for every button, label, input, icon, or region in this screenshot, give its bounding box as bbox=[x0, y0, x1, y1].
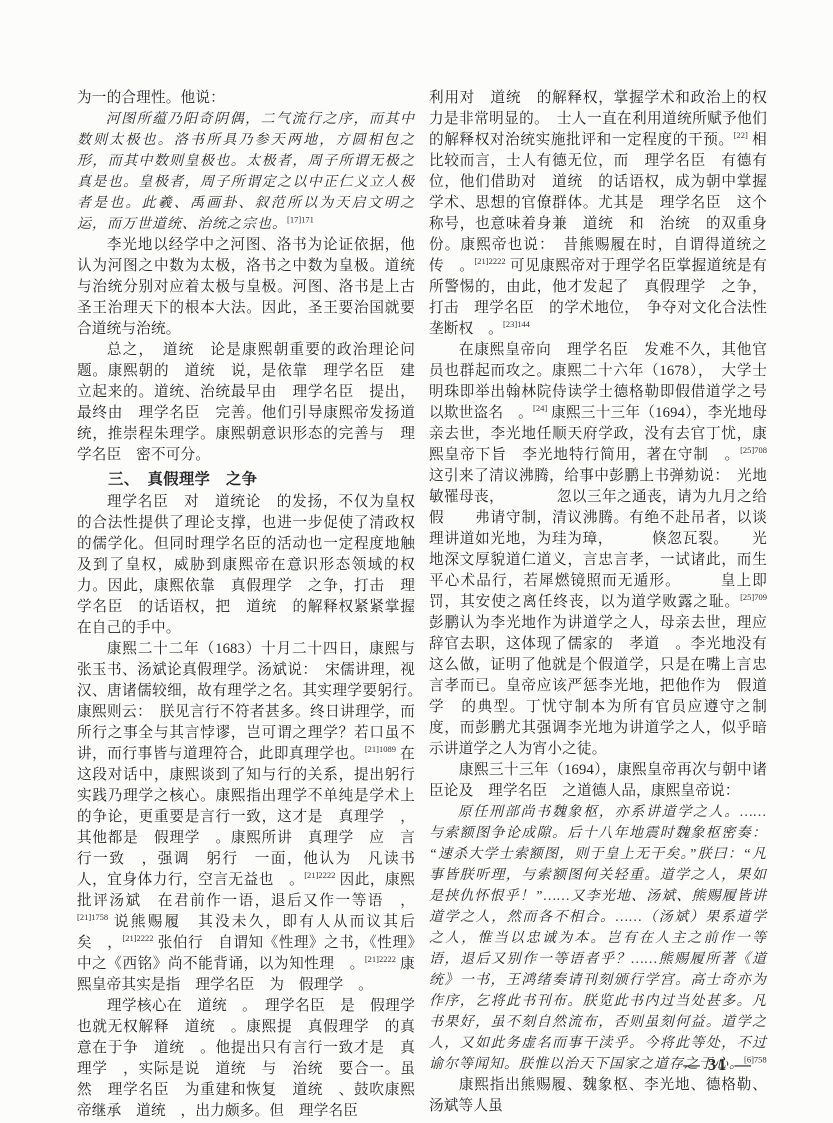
document-page: 为一的合理性。他说：河图所蕴乃阳奇阴偶，二气流行之序，而其中数则太极也。洛书所具… bbox=[0, 0, 833, 1123]
citation-superscript: [21]2222 bbox=[365, 954, 396, 964]
citation-superscript: [25]709 bbox=[740, 592, 767, 602]
citation-superscript: [25]708 bbox=[740, 445, 767, 455]
text-columns: 为一的合理性。他说：河图所蕴乃阳奇阴偶，二气流行之序，而其中数则太极也。洛书所具… bbox=[77, 88, 767, 1122]
citation-superscript: [21]2222 bbox=[122, 933, 153, 943]
body-paragraph: 总之， 道统 论是康熙朝重要的政治理论问题。康熙朝的 道统 说，是依靠 理学名臣… bbox=[77, 340, 415, 466]
block-quote: 原任刑部尚书魏象枢，亦系讲道学之人。……与索额图争论成隙。后十八年地震时魏象枢密… bbox=[429, 802, 767, 1075]
body-paragraph: 利用对 道统 的解释权，掌握学术和政治上的权力是非常明显的。 士人一直在利用道统… bbox=[429, 88, 767, 340]
body-paragraph: 理学核心在 道统 。 理学名臣 是 假理学 也就无权解释 道统 。康熙提 真假理… bbox=[77, 996, 415, 1122]
body-paragraph: 康熙指出熊赐履、魏象枢、李光地、德格勒、汤斌等人虽 bbox=[429, 1075, 767, 1117]
citation-superscript: [17]171 bbox=[287, 214, 314, 224]
citation-superscript: [21]2222 bbox=[474, 256, 505, 266]
body-paragraph: 康熙二十二年（1683）十月二十四日，康熙与张玉书、汤斌论真假理学。汤斌说： 宋… bbox=[77, 639, 415, 996]
body-paragraph: 在康熙皇帝向 理学名臣 发难不久，其他官员也群起而攻之。康熙二十六年（1678）… bbox=[429, 340, 767, 760]
citation-superscript: [21]2222 bbox=[304, 870, 335, 880]
citation-superscript: [21]1758 bbox=[77, 912, 108, 922]
citation-superscript: [24] bbox=[533, 403, 547, 413]
body-paragraph: 康熙三十三年（1694），康熙皇帝再次与朝中诸臣论及 理学名臣 之道德人品，康熙… bbox=[429, 760, 767, 802]
page-number: — 31 — bbox=[683, 1055, 753, 1075]
block-quote: 河图所蕴乃阳奇阴偶，二气流行之序，而其中数则太极也。洛书所具乃参天两地，方圆相包… bbox=[77, 109, 415, 235]
body-paragraph: 为一的合理性。他说： bbox=[77, 88, 415, 109]
citation-superscript: [22] bbox=[734, 130, 748, 140]
citation-superscript: [23]144 bbox=[503, 319, 530, 329]
body-paragraph: 理学名臣 对 道统论 的发扬，不仅为皇权的合法性提供了理论支撑，也进一步促使了清… bbox=[77, 492, 415, 639]
section-heading: 三、 真假理学 之争 bbox=[77, 469, 415, 490]
right-column: 利用对 道统 的解释权，掌握学术和政治上的权力是非常明显的。 士人一直在利用道统… bbox=[429, 88, 767, 1122]
left-column: 为一的合理性。他说：河图所蕴乃阳奇阴偶，二气流行之序，而其中数则太极也。洛书所具… bbox=[77, 88, 415, 1122]
citation-superscript: [21]1089 bbox=[365, 744, 396, 754]
body-paragraph: 李光地以经学中之河图、洛书为论证依据，他认为河图之中数为太极，洛书之中数为皇极。… bbox=[77, 235, 415, 340]
